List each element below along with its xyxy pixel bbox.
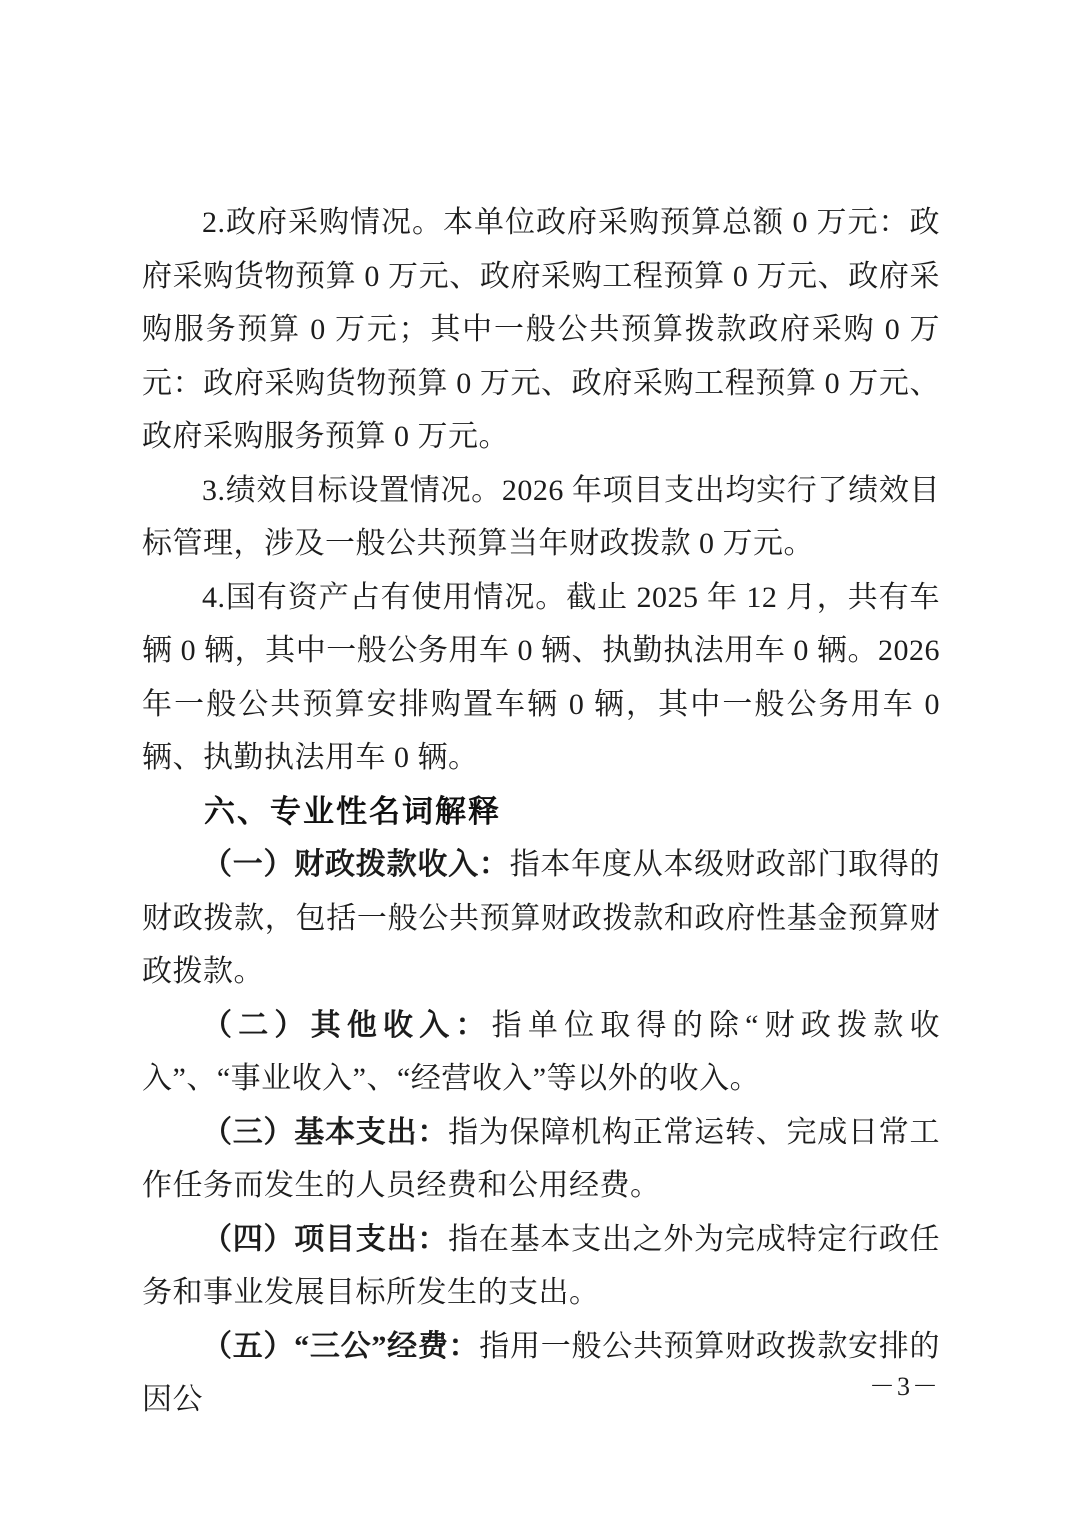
paragraph: （二）其他收入：指单位取得的除“财政拨款收入”、“事业收入”、“经营收入”等以外… xyxy=(142,999,940,1106)
section-heading: 六、专业性名词解释 xyxy=(142,785,940,839)
paragraph: 4.国有资产占有使用情况。截止 2025 年 12 月，共有车辆 0 辆，其中一… xyxy=(142,571,940,785)
paragraph: （三）基本支出：指为保障机构正常运转、完成日常工作任务而发生的人员经费和公用经费… xyxy=(142,1106,940,1213)
term-label: （一）财政拨款收入： xyxy=(202,848,510,881)
term-label: （三）基本支出： xyxy=(202,1116,448,1149)
paragraph: 2.政府采购情况。本单位政府采购预算总额 0 万元：政府采购货物预算 0 万元、… xyxy=(142,196,940,464)
document-page: 2.政府采购情况。本单位政府采购预算总额 0 万元：政府采购货物预算 0 万元、… xyxy=(0,0,1074,1520)
paragraph: （四）项目支出：指在基本支出之外为完成特定行政任务和事业发展目标所发生的支出。 xyxy=(142,1213,940,1320)
term-label: （四）项目支出： xyxy=(202,1223,448,1256)
term-label: （五）“三公”经费： xyxy=(202,1330,479,1363)
paragraph: （一）财政拨款收入：指本年度从本级财政部门取得的财政拨款，包括一般公共预算财政拨… xyxy=(142,838,940,999)
term-label: （二）其他收入： xyxy=(202,1009,492,1042)
page-number: －3－ xyxy=(869,1366,940,1403)
document-body: 2.政府采购情况。本单位政府采购预算总额 0 万元：政府采购货物预算 0 万元、… xyxy=(142,196,940,1427)
paragraph: （五）“三公”经费：指用一般公共预算财政拨款安排的因公 xyxy=(142,1320,940,1427)
paragraph: 3.绩效目标设置情况。2026 年项目支出均实行了绩效目标管理，涉及一般公共预算… xyxy=(142,464,940,571)
